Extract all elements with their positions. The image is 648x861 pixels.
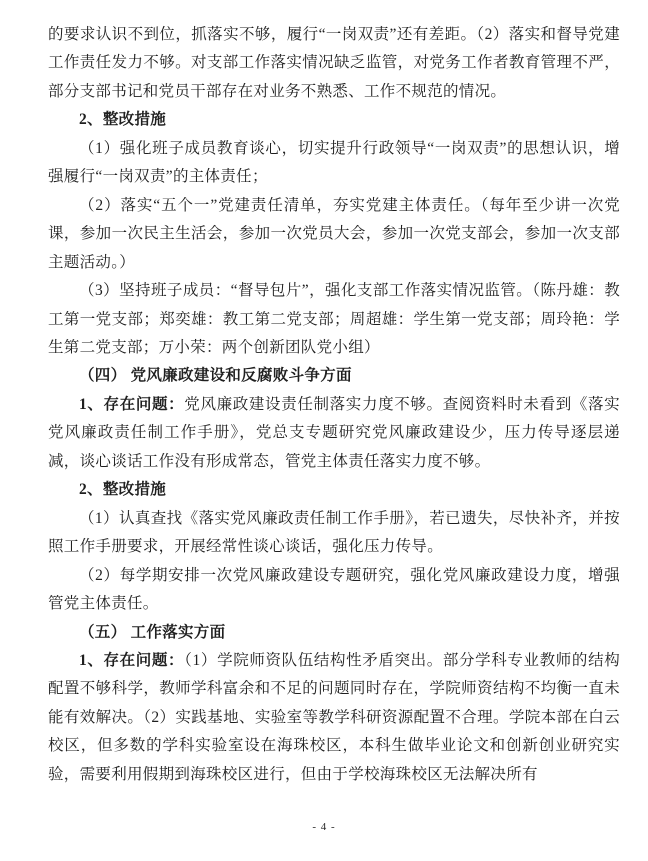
para-problems-5: 1、存在问题：（1）学院师资队伍结构性矛盾突出。部分学科专业教师的结构配置不够科… [48, 647, 620, 789]
heading-rectification-measures-1: 2、整改措施 [48, 106, 620, 134]
para-measure-1-3: （3）坚持班子成员：“督导包片”，强化支部工作落实情况监管。（陈丹雄：教工第一党… [48, 277, 620, 362]
para-measure-1-1: （1）强化班子成员教育谈心，切实提升行政领导“一岗双责”的思想认识，增强履行“一… [48, 135, 620, 192]
heading-section-5: （五） 工作落实方面 [48, 619, 620, 647]
bold-text-run: 2、整改措施 [79, 111, 166, 128]
bold-text-run: （四） 党风廉政建设和反腐败斗争方面 [79, 367, 352, 384]
bold-text-run: 1、存在问题： [79, 396, 184, 413]
text-run: （1）认真查找《落实党风廉政责任制工作手册》，若已遗失，尽快补齐，并按照工作手册… [48, 510, 620, 555]
bold-text-run: （五） 工作落实方面 [79, 624, 225, 641]
text-run: （1）强化班子成员教育谈心，切实提升行政领导“一岗双责”的思想认识，增强履行“一… [48, 140, 620, 185]
document-page: 的要求认识不到位，抓落实不够，履行“一岗双责”还有差距。（2）落实和督导党建工作… [0, 0, 648, 861]
bold-text-run: 2、整改措施 [79, 481, 166, 498]
para-measure-2-2: （2）每学期安排一次党风廉政建设专题研究，强化党风廉政建设力度，增强管党主体责任… [48, 562, 620, 619]
text-run: （1）学院师资队伍结构性矛盾突出。部分学科专业教师的结构配置不够科学，教师学科富… [48, 652, 620, 783]
text-run: 的要求认识不到位，抓落实不够，履行“一岗双责”还有差距。（2）落实和督导党建工作… [48, 26, 620, 100]
text-run: （2）每学期安排一次党风廉政建设专题研究，强化党风廉政建设力度，增强管党主体责任… [48, 567, 620, 612]
para-measure-1-2: （2）落实“五个一”党建责任清单，夯实党建主体责任。（每年至少讲一次党课，参加一… [48, 192, 620, 277]
page-number: - 4 - [0, 821, 648, 833]
para-continuation-from-previous-page: 的要求认识不到位，抓落实不够，履行“一岗双责”还有差距。（2）落实和督导党建工作… [48, 21, 620, 106]
para-measure-2-1: （1）认真查找《落实党风廉政责任制工作手册》，若已遗失，尽快补齐，并按照工作手册… [48, 505, 620, 562]
heading-rectification-measures-2: 2、整改措施 [48, 476, 620, 504]
para-problems-4: 1、存在问题：党风廉政建设责任制落实力度不够。查阅资料时未看到《落实党风廉政责任… [48, 391, 620, 476]
heading-section-4: （四） 党风廉政建设和反腐败斗争方面 [48, 362, 620, 390]
text-run: （3）坚持班子成员：“督导包片”，强化支部工作落实情况监管。（陈丹雄：教工第一党… [48, 282, 620, 356]
bold-text-run: 1、存在问题： [79, 652, 184, 669]
document-body: 的要求认识不到位，抓落实不够，履行“一岗双责”还有差距。（2）落实和督导党建工作… [48, 21, 620, 789]
text-run: （2）落实“五个一”党建责任清单，夯实党建主体责任。（每年至少讲一次党课，参加一… [48, 197, 620, 271]
